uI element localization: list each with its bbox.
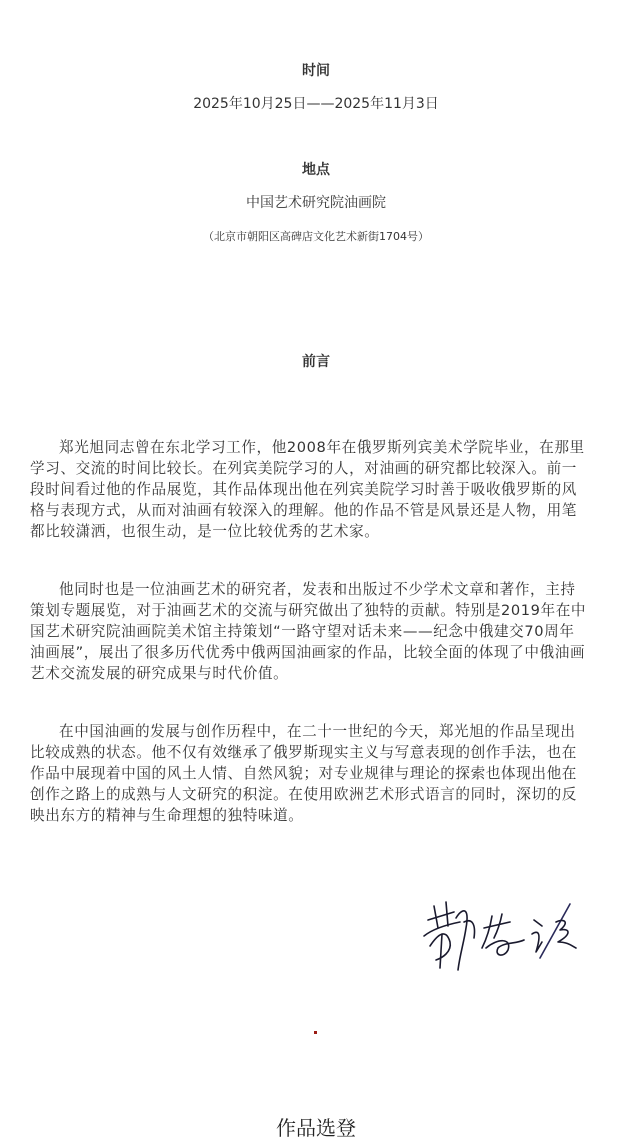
paragraph-line: 艺术交流发展的研究成果与时代价值。	[30, 663, 602, 684]
paragraph-line: 学习、交流的时间比较长。在列宾美院学习的人，对油画的研究都比较深入。前一	[30, 458, 602, 479]
preface-title: 前言	[0, 351, 632, 371]
paragraph-line: 油画展”，展出了很多历代优秀中俄两国油画家的作品，比较全面的体现了中俄油画	[30, 642, 602, 663]
paragraph-line: 郑光旭同志曾在东北学习工作，他2008年在俄罗斯列宾美术学院毕业，在那里	[30, 437, 602, 458]
time-value: 2025年10月25日——2025年11月3日	[0, 93, 632, 113]
preface-paragraph-3: 在中国油画的发展与创作历程中，在二十一世纪的今天，郑光旭的作品呈现出 比较成熟的…	[30, 721, 602, 826]
paragraph-line: 他同时也是一位油画艺术的研究者，发表和出版过不少学术文章和著作，主持	[30, 579, 602, 600]
decorative-dot	[314, 1031, 317, 1034]
location-label: 地点	[0, 159, 632, 179]
paragraph-line: 映出东方的精神与生命理想的独特味道。	[30, 805, 602, 826]
paragraph-line: 国艺术研究院油画院美术馆主持策划“一路守望对话未来——纪念中俄建交70周年	[30, 621, 602, 642]
paragraph-line: 策划专题展览，对于油画艺术的交流与研究做出了独特的贡献。特别是2019年在中	[30, 600, 602, 621]
signature-image	[420, 898, 585, 976]
location-address: （北京市朝阳区高碑店文化艺术新街1704号）	[0, 228, 632, 244]
works-section-title: 作品选登	[0, 1112, 632, 1141]
preface-paragraph-1: 郑光旭同志曾在东北学习工作，他2008年在俄罗斯列宾美术学院毕业，在那里 学习、…	[30, 437, 602, 542]
paragraph-line: 都比较潇洒，也很生动，是一位比较优秀的艺术家。	[30, 521, 602, 542]
paragraph-line: 段时间看过他的作品展览，其作品体现出他在列宾美院学习时善于吸收俄罗斯的风	[30, 479, 602, 500]
paragraph-line: 比较成熟的状态。他不仅有效继承了俄罗斯现实主义与写意表现的创作手法，也在	[30, 742, 602, 763]
preface-paragraph-2: 他同时也是一位油画艺术的研究者，发表和出版过不少学术文章和著作，主持 策划专题展…	[30, 579, 602, 684]
paragraph-line: 在中国油画的发展与创作历程中，在二十一世纪的今天，郑光旭的作品呈现出	[30, 721, 602, 742]
paragraph-line: 创作之路上的成熟与人文研究的积淀。在使用欧洲艺术形式语言的同时，深切的反	[30, 784, 602, 805]
location-venue: 中国艺术研究院油画院	[0, 192, 632, 212]
paragraph-line: 作品中展现着中国的风土人情、自然风貌；对专业规律与理论的探索也体现出他在	[30, 763, 602, 784]
time-label: 时间	[0, 60, 632, 80]
paragraph-line: 格与表现方式，从而对油画有较深入的理解。他的作品不管是风景还是人物，用笔	[30, 500, 602, 521]
